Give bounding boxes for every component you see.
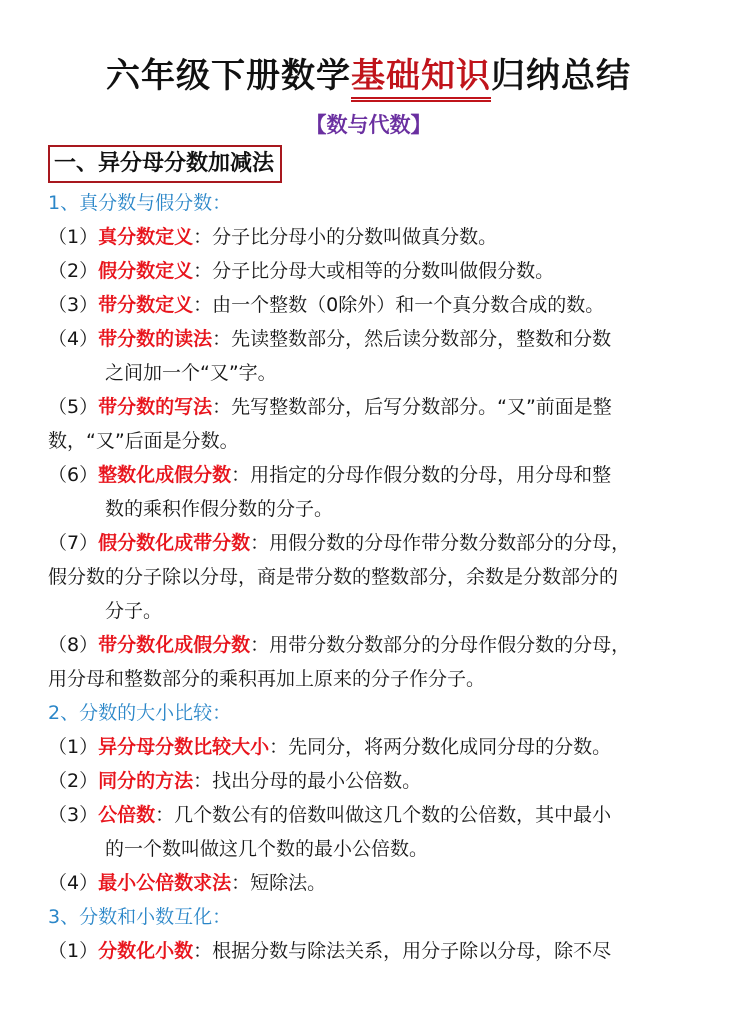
item-continuation: 假分数的分子除以分母，商是带分数的整数部分，余数是分数部分的 — [48, 560, 696, 594]
item-text: ：短除法。 — [231, 872, 326, 894]
item-number: （8） — [48, 634, 98, 656]
item-term: 带分数的写法 — [98, 396, 212, 418]
item-number: （1） — [48, 226, 98, 248]
list-item: （4）最小公倍数求法：短除法。 — [48, 866, 696, 900]
list-item: （3）公倍数：几个数公有的倍数叫做这几个数的公倍数，其中最小 — [48, 798, 696, 832]
list-item: （5）带分数的写法：先写整数部分，后写分数部分。“又”前面是整 — [48, 390, 696, 424]
item-number: （1） — [48, 736, 98, 758]
item-text: ：由一个整数（0除外）和一个真分数合成的数。 — [193, 294, 604, 316]
title-highlight: 基础知识 — [351, 56, 491, 102]
section-heading: 一、异分母分数加减法 — [48, 145, 282, 183]
item-number: （2） — [48, 260, 98, 282]
content-body: 1、真分数与假分数： （1）真分数定义：分子比分母小的分数叫做真分数。 （2）假… — [48, 186, 696, 968]
item-text: ：几个数公有的倍数叫做这几个数的公倍数，其中最小 — [155, 804, 611, 826]
item-number: （7） — [48, 532, 98, 554]
title-suffix: 归纳总结 — [491, 56, 631, 96]
item-text: ：用假分数的分母作带分数分数部分的分母， — [250, 532, 630, 554]
item-continuation: 数，“又”后面是分数。 — [48, 424, 696, 458]
list-item: （1）真分数定义：分子比分母小的分数叫做真分数。 — [48, 220, 696, 254]
item-term: 分数化小数 — [98, 940, 193, 962]
item-text: ：先读整数部分，然后读分数部分，整数和分数 — [212, 328, 611, 350]
list-item: （1）异分母分数比较大小：先同分，将两分数化成同分母的分数。 — [48, 730, 696, 764]
item-number: （1） — [48, 940, 98, 962]
item-number: （4） — [48, 872, 98, 894]
list-item: （7）假分数化成带分数：用假分数的分母作带分数分数部分的分母， — [48, 526, 696, 560]
category-subtitle: 【数与代数】 — [0, 110, 737, 140]
item-continuation: 的一个数叫做这几个数的最小公倍数。 — [48, 832, 696, 866]
title-prefix: 六年级下册数学 — [106, 56, 351, 96]
item-number: （6） — [48, 464, 98, 486]
item-term: 整数化成假分数 — [98, 464, 231, 486]
item-text: ：先写整数部分，后写分数部分。“又”前面是整 — [212, 396, 612, 418]
item-continuation: 用分母和整数部分的乘积再加上原来的分子作分子。 — [48, 662, 696, 696]
item-term: 同分的方法 — [98, 770, 193, 792]
list-item: （1）分数化小数：根据分数与除法关系，用分子除以分母，除不尽 — [48, 934, 696, 968]
item-text: ：根据分数与除法关系，用分子除以分母，除不尽 — [193, 940, 611, 962]
item-number: （5） — [48, 396, 98, 418]
item-text: ：用指定的分母作假分数的分母，用分母和整 — [231, 464, 611, 486]
item-text: ：先同分，将两分数化成同分母的分数。 — [269, 736, 611, 758]
list-item: （4）带分数的读法：先读整数部分，然后读分数部分，整数和分数 — [48, 322, 696, 356]
item-number: （3） — [48, 294, 98, 316]
sub-heading-1: 1、真分数与假分数： — [48, 186, 696, 220]
item-term: 假分数定义 — [98, 260, 193, 282]
list-item: （8）带分数化成假分数：用带分数分数部分的分母作假分数的分母， — [48, 628, 696, 662]
item-term: 公倍数 — [98, 804, 155, 826]
item-term: 带分数定义 — [98, 294, 193, 316]
item-term: 假分数化成带分数 — [98, 532, 250, 554]
list-item: （3）带分数定义：由一个整数（0除外）和一个真分数合成的数。 — [48, 288, 696, 322]
list-item: （6）整数化成假分数：用指定的分母作假分数的分母，用分母和整 — [48, 458, 696, 492]
list-item: （2）假分数定义：分子比分母大或相等的分数叫做假分数。 — [48, 254, 696, 288]
item-text: ：找出分母的最小公倍数。 — [193, 770, 421, 792]
item-continuation: 数的乘积作假分数的分子。 — [48, 492, 696, 526]
item-term: 异分母分数比较大小 — [98, 736, 269, 758]
item-term: 带分数的读法 — [98, 328, 212, 350]
item-number: （4） — [48, 328, 98, 350]
item-term: 最小公倍数求法 — [98, 872, 231, 894]
item-term: 带分数化成假分数 — [98, 634, 250, 656]
item-continuation: 分子。 — [48, 594, 696, 628]
item-continuation: 之间加一个“又”字。 — [48, 356, 696, 390]
sub-heading-3: 3、分数和小数互化： — [48, 900, 696, 934]
item-text: ：分子比分母大或相等的分数叫做假分数。 — [193, 260, 554, 282]
item-text: ：分子比分母小的分数叫做真分数。 — [193, 226, 497, 248]
list-item: （2）同分的方法：找出分母的最小公倍数。 — [48, 764, 696, 798]
item-text: ：用带分数分数部分的分母作假分数的分母， — [250, 634, 630, 656]
page-title: 六年级下册数学基础知识归纳总结 — [0, 52, 737, 100]
item-number: （2） — [48, 770, 98, 792]
item-term: 真分数定义 — [98, 226, 193, 248]
sub-heading-2: 2、分数的大小比较： — [48, 696, 696, 730]
item-number: （3） — [48, 804, 98, 826]
